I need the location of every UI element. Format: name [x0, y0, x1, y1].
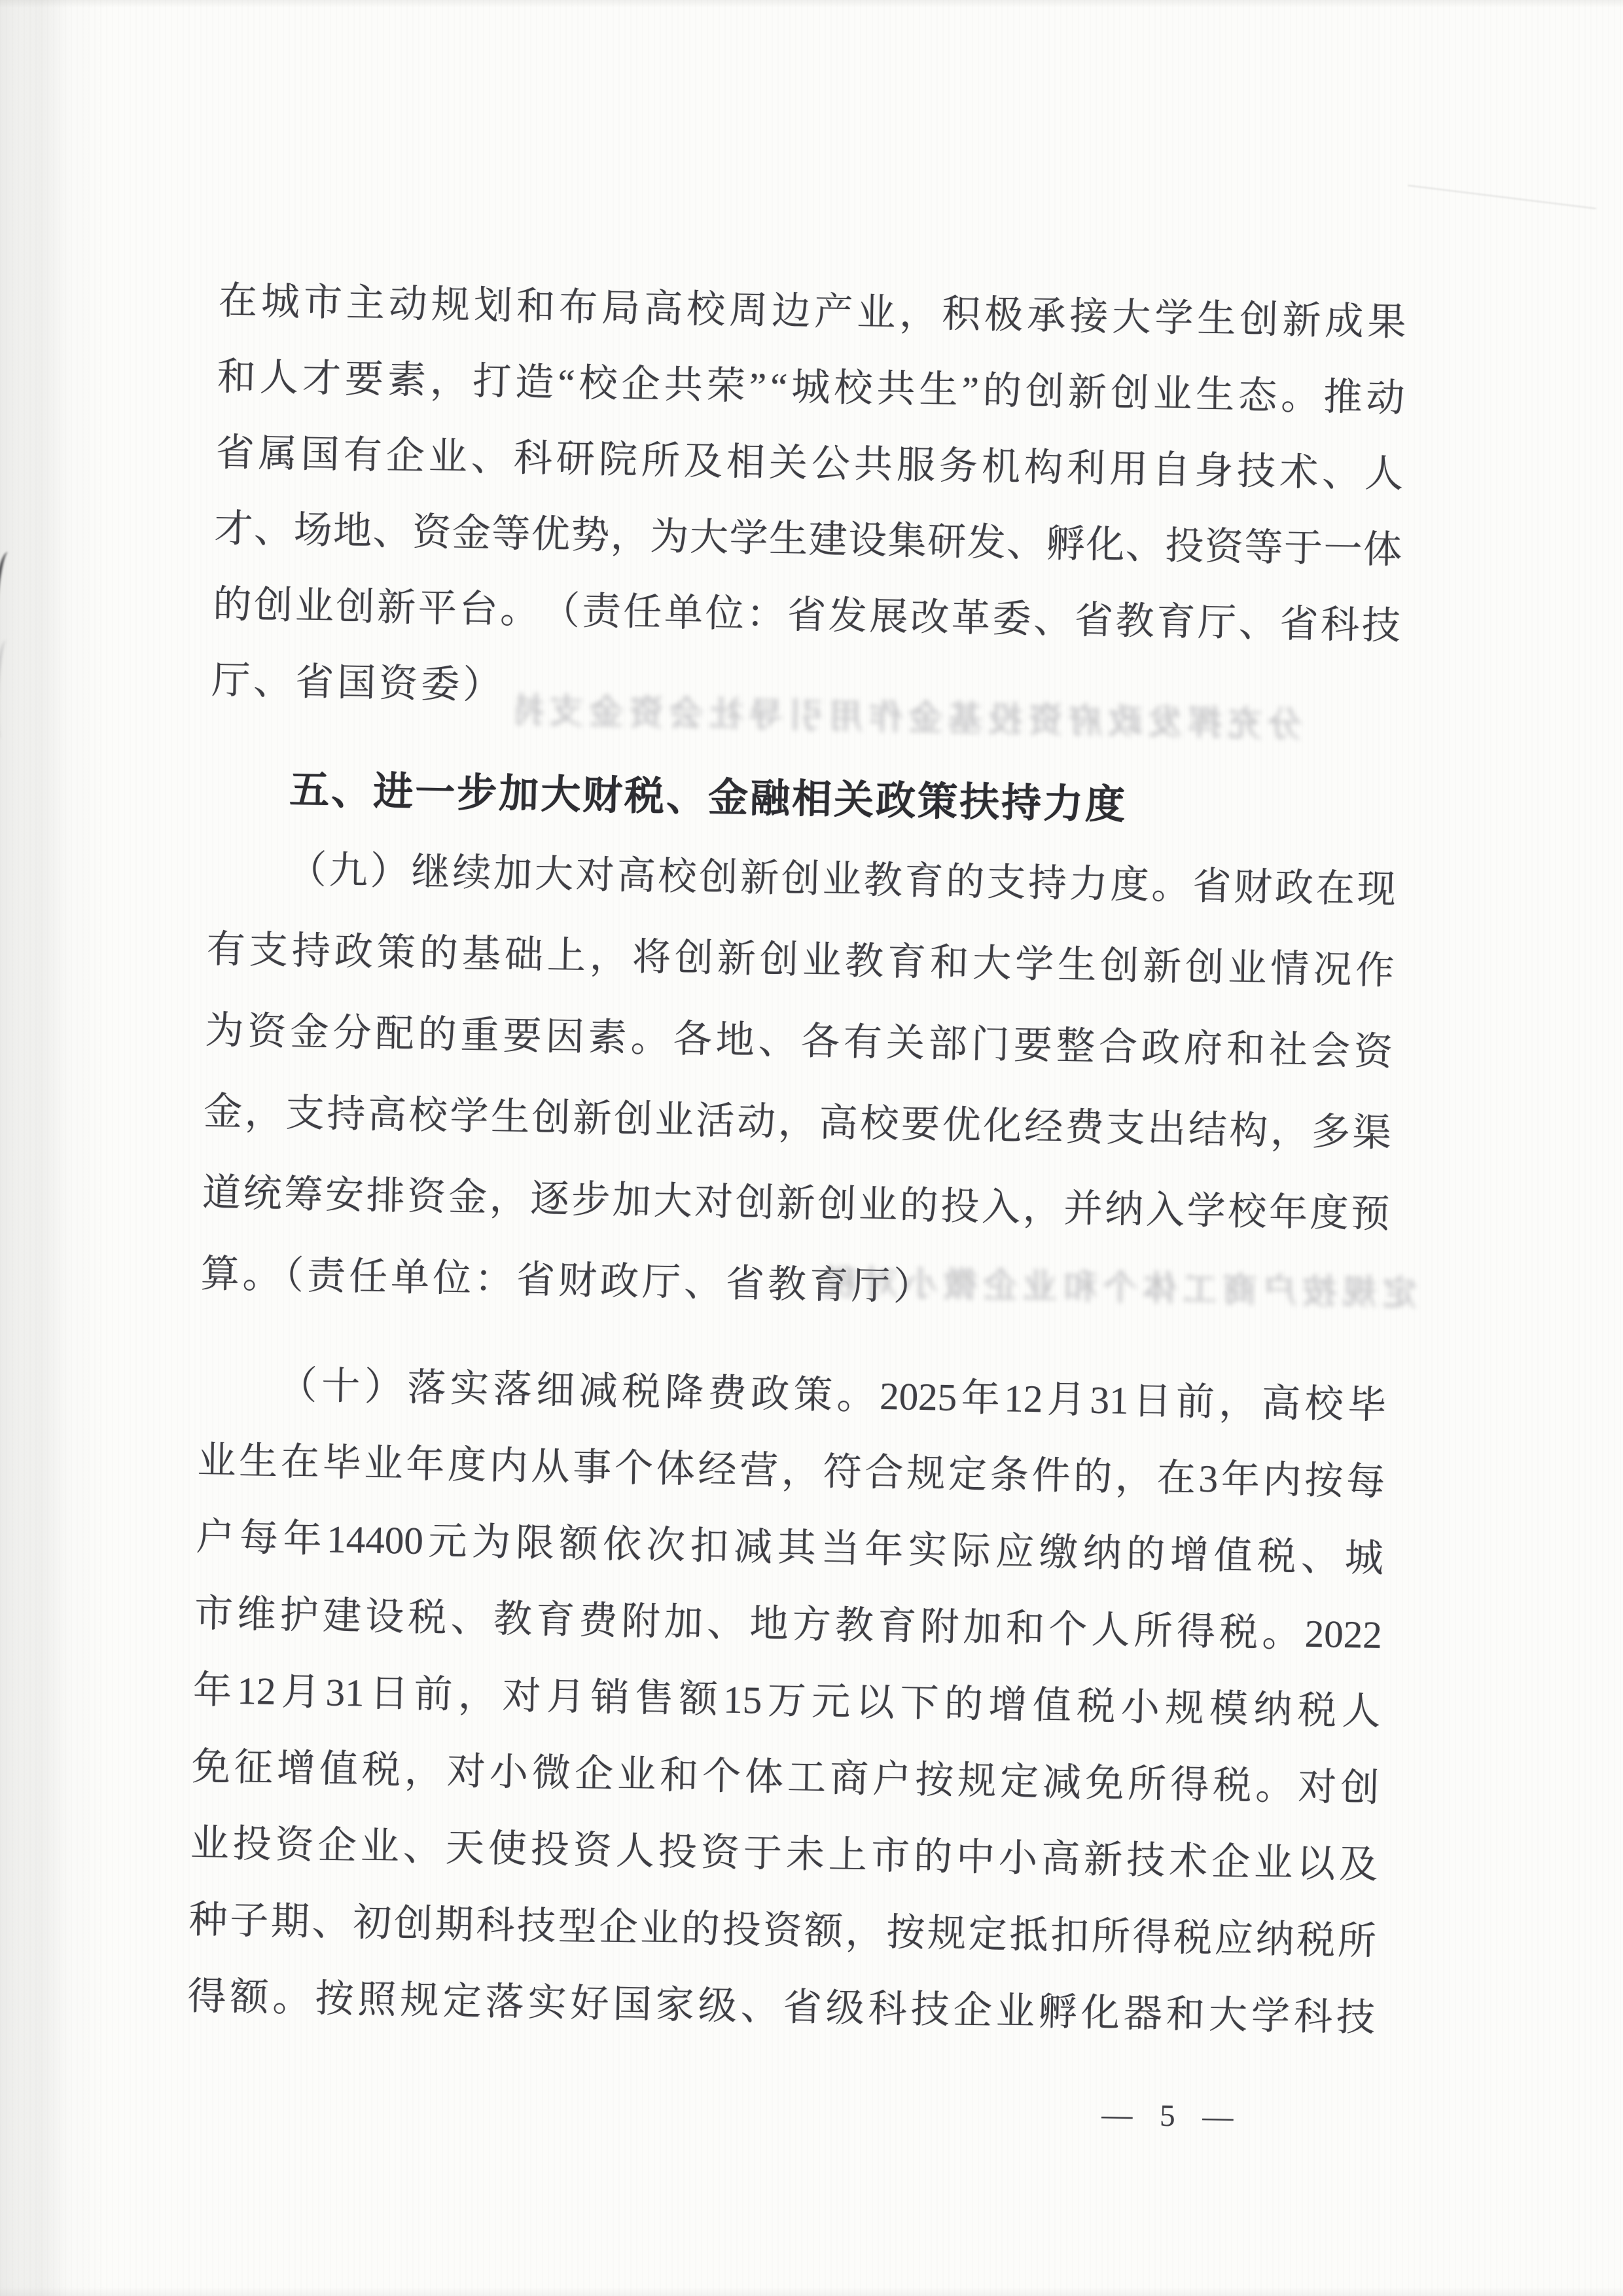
paragraph-continuation: 在城市主动规划和布局高校周边产业，积极承接大学生创新成果 和人才要素，打造“校企…	[211, 262, 1406, 740]
scan-dark-sliver-artifact	[0, 551, 19, 658]
scan-left-edge-shadow	[0, 0, 111, 2296]
scan-bottom-edge-shadow	[0, 2287, 1623, 2296]
scan-dark-sliver-tail	[0, 639, 14, 738]
paragraph-nine: （九）继续加大对高校创新创业教育的支持力度。省财政在现 有支持政策的基础上，将创…	[200, 827, 1397, 1336]
scanned-document-page: 分充挥发政府资投基金作用引导社会资金支持 定规按户商工体个和业企微小对税 在城市…	[0, 0, 1623, 2296]
scan-scratch-mark	[1408, 185, 1596, 209]
paragraph-ten: （十）落实落细减税降费政策。2025年12月31日前，高校毕 业生在毕业年度内从…	[187, 1346, 1387, 2056]
scan-left-gray-band	[17, 0, 69, 2296]
document-text-block: 分充挥发政府资投基金作用引导社会资金支持 定规按户商工体个和业企微小对税 在城市…	[187, 262, 1406, 2056]
page-number: — 5 —	[1101, 2097, 1235, 2135]
scan-top-edge-shadow	[0, 0, 1623, 8]
